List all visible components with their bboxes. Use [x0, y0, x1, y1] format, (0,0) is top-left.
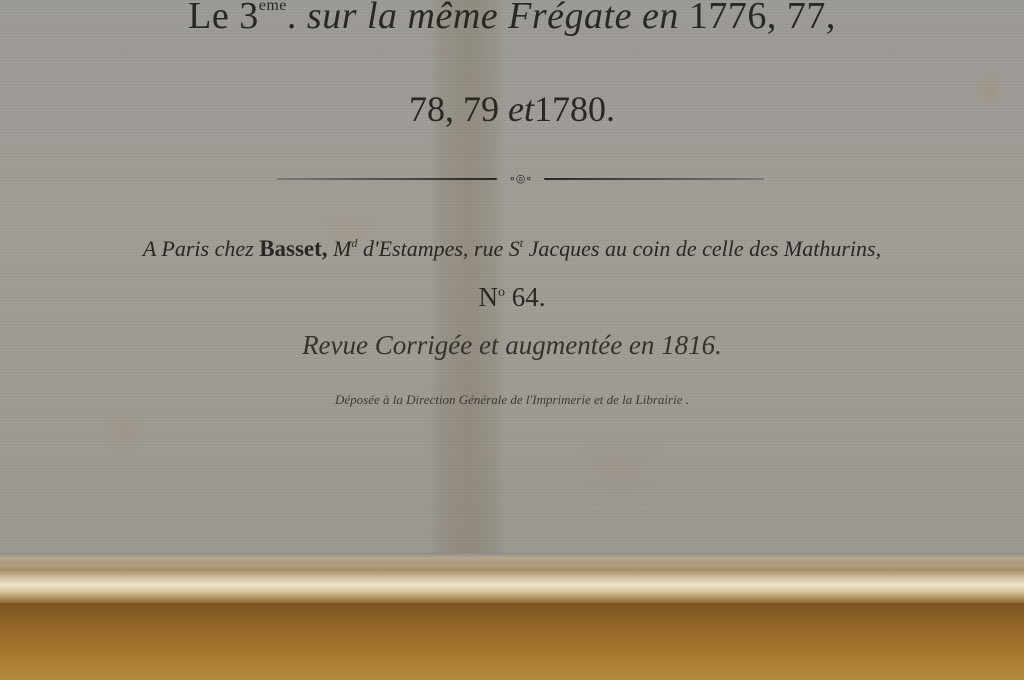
frame-inner-lip — [0, 553, 1024, 563]
plate-number-prefix: N — [479, 282, 499, 312]
caption-years-1: 1776, 77, — [689, 0, 836, 37]
caption-line-2: 78, 79 et1780. — [0, 88, 1024, 130]
edition-superscript: eme — [259, 0, 287, 14]
publisher-title: M — [333, 236, 351, 261]
publisher-street-sup: t — [520, 236, 523, 250]
plate-number-value: 64. — [512, 282, 546, 312]
frame-gilt-body — [0, 603, 1024, 680]
caption-line-1: Le 3eme. sur la même Frégate en 1776, 77… — [0, 0, 1024, 38]
plate-number: No 64. — [0, 282, 1024, 313]
edition-prefix: Le 3 — [188, 0, 259, 37]
rule-left-bar — [277, 178, 497, 180]
publisher-name: Basset, — [259, 236, 327, 261]
publisher-line: A Paris chez Basset, Md d'Estampes, rue … — [0, 236, 1024, 262]
edition-dot: . — [287, 0, 297, 37]
revision-line: Revue Corrigée et augmentée en 1816. — [0, 330, 1024, 361]
rule-ornament-icon: ∘◎∘ — [499, 173, 542, 185]
ornamental-rule: ∘◎∘ — [277, 176, 764, 182]
publisher-address: d'Estampes, rue S — [363, 236, 520, 261]
plate-number-sup: o — [498, 285, 505, 300]
caption-conjunction: et — [508, 89, 534, 129]
caption-italic-text: sur la même Frégate en — [307, 0, 679, 37]
deposit-line: Déposée à la Direction Générale de l'Imp… — [0, 392, 1024, 408]
caption-year-2b: 1780. — [534, 89, 615, 129]
publisher-lead: A Paris chez — [143, 236, 254, 261]
caption-years-2a: 78, 79 — [409, 89, 499, 129]
frame-gilt-bead — [0, 563, 1024, 603]
publisher-street: Jacques au coin de celle des Mathurins, — [529, 236, 882, 261]
print-paper: Le 3eme. sur la même Frégate en 1776, 77… — [0, 0, 1024, 558]
rule-right-bar — [544, 178, 764, 180]
publisher-title-sup: d — [351, 236, 357, 250]
